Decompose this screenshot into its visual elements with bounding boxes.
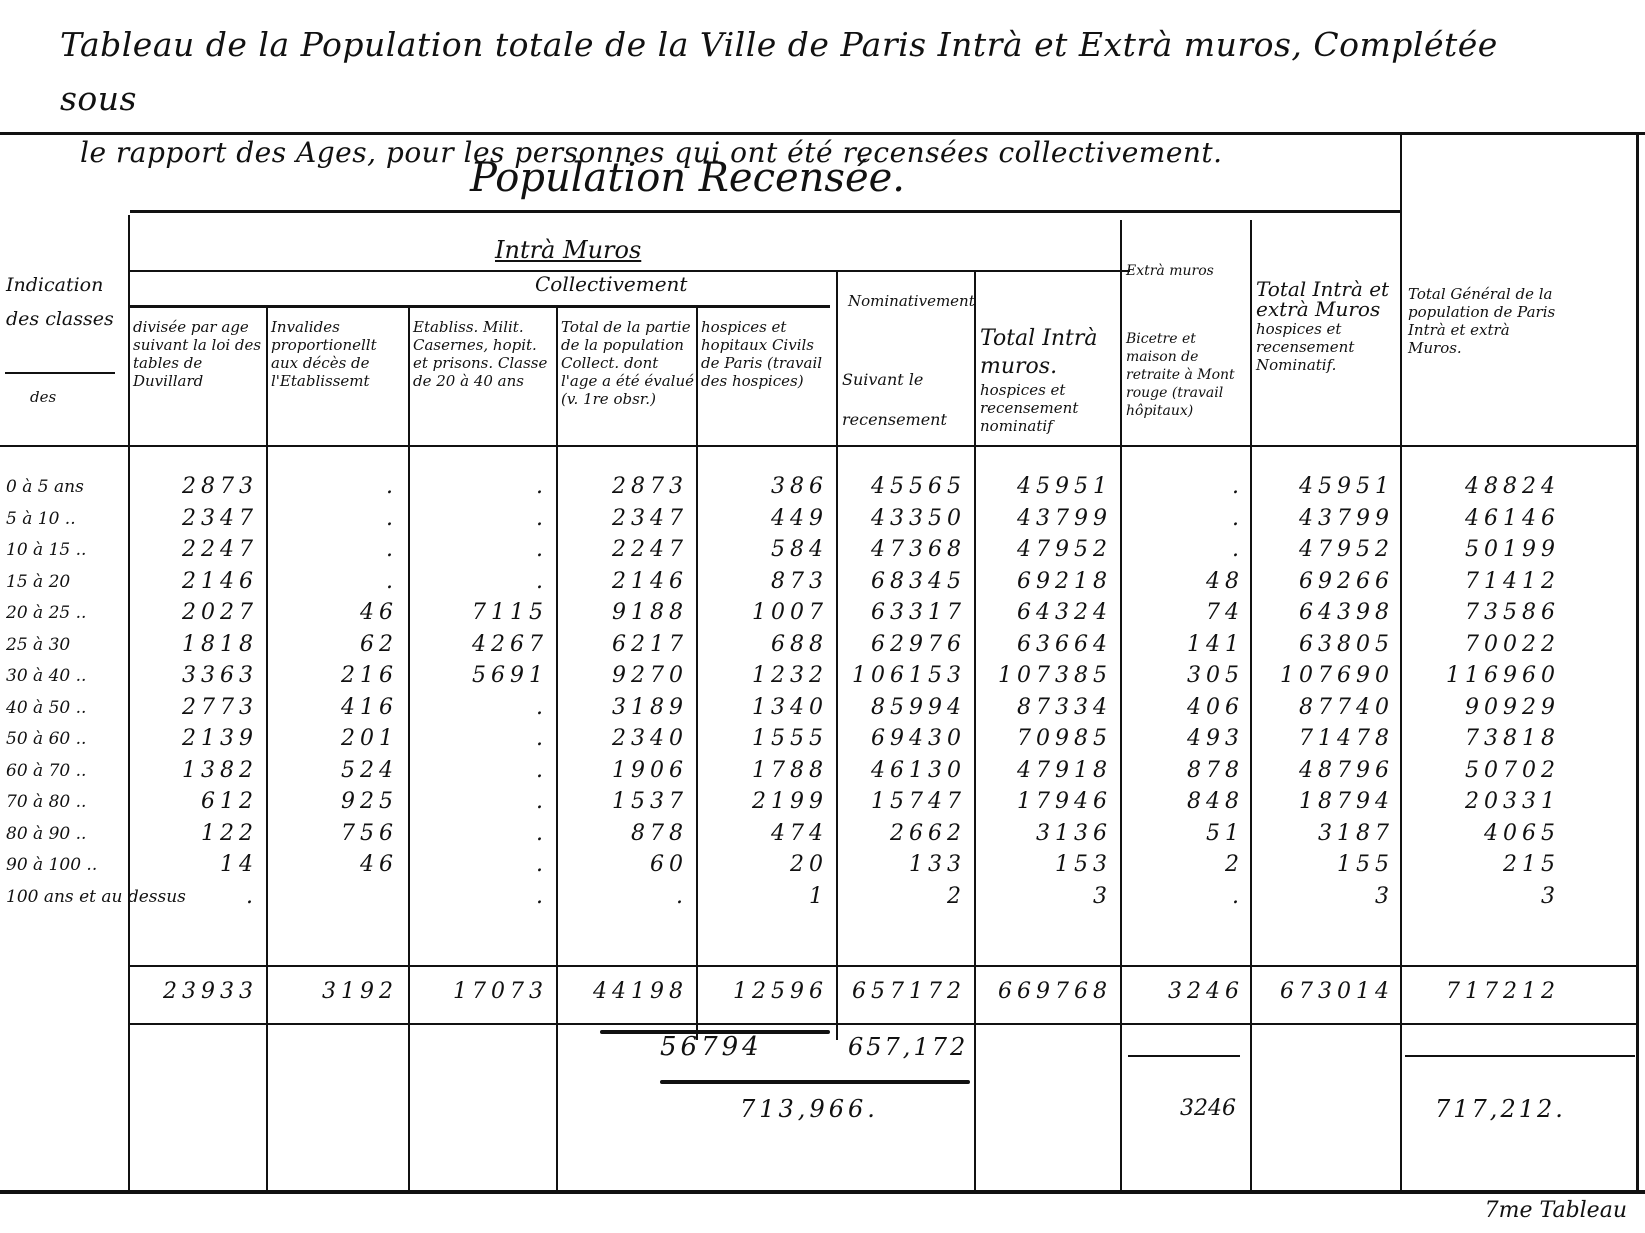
table-cell-invalides: . (248, 470, 398, 504)
table-cell-nominatif: 62976 (816, 628, 966, 662)
table-cell-total_general: 70022 (1410, 628, 1560, 662)
table-cell-total_intra: 64324 (962, 596, 1112, 630)
table-cell-hospices: 386 (678, 470, 828, 504)
table-cell-total_collectif: 60 (538, 848, 688, 882)
table-cell-total_intra_extra: 47952 (1244, 533, 1394, 567)
table-cell-davillard: 2247 (108, 533, 258, 567)
table-cell-nominatif: 85994 (816, 691, 966, 725)
table-cell-nominatif: 69430 (816, 722, 966, 756)
table-cell-total_intra: 70985 (962, 722, 1112, 756)
table-cell-militaires: . (398, 565, 548, 599)
table-cell-total_general: 50702 (1410, 754, 1560, 788)
rule-under-collectif (130, 305, 830, 308)
table-cell-hospices: 1232 (678, 659, 828, 693)
table-cell-total_general: 46146 (1410, 502, 1560, 536)
table-cell-davillard: 3363 (108, 659, 258, 693)
table-cell-invalides: 524 (248, 754, 398, 788)
header-total-collectif: Total de la partie de la population Coll… (561, 318, 694, 408)
footer-tableau-number: 7me Tableau (1485, 1198, 1627, 1223)
table-cell-militaires: . (398, 817, 548, 851)
age-class-label: 40 à 50 .. (6, 691, 86, 725)
brace-intra-total (660, 1080, 970, 1084)
table-cell-hospices: 1340 (678, 691, 828, 725)
rule-under-section (130, 210, 1400, 213)
table-cell-hospices: 2199 (678, 785, 828, 819)
table-cell-total_collectif: 1906 (538, 754, 688, 788)
table-cell-total_collectif: 6217 (538, 628, 688, 662)
table-cell-total_collectif: 2146 (538, 565, 688, 599)
table-cell-nominatif: 46130 (816, 754, 966, 788)
table-cell-total_intra_extra: 155 (1244, 848, 1394, 882)
age-class-label: 80 à 90 .. (6, 817, 86, 851)
header-total-intra-extra-sub: hospices et recensement Nominatif. (1256, 320, 1354, 374)
table-cell-hospices: 1 (678, 880, 828, 914)
table-cell-total_intra_extra: 71478 (1244, 722, 1394, 756)
table-cell-militaires: . (398, 754, 548, 788)
table-cell-total_general: 71412 (1410, 565, 1560, 599)
table-cell-bicetre: 48 (1094, 565, 1244, 599)
table-cell-davillard: 2873 (108, 470, 258, 504)
header-bicetre: Bicetre et maison de retraite à Mont rou… (1126, 330, 1248, 420)
table-cell-total_collectif: 9270 (538, 659, 688, 693)
age-class-label: 25 à 30 (6, 628, 70, 662)
table-cell-militaires: 5691 (398, 659, 548, 693)
table-cell-total_intra_extra: 69266 (1244, 565, 1394, 599)
title-line-1: Tableau de la Population totale de la Vi… (60, 25, 1498, 118)
section-title: Population Recensée. (470, 155, 905, 201)
table-cell-total_general: 48824 (1410, 470, 1560, 504)
table-cell-total_intra: 47918 (962, 754, 1112, 788)
table-cell-total_intra: 3 (962, 880, 1112, 914)
rule-totals-top (130, 965, 1638, 967)
group-extra-muros: Extrà muros (1126, 262, 1214, 280)
table-cell-total_collectif: 2247 (538, 533, 688, 567)
table-cell-nominatif: 106153 (816, 659, 966, 693)
age-class-label: 10 à 15 .. (6, 533, 86, 567)
table-cell-invalides: 46 (248, 848, 398, 882)
header-total-intra-extra: Total Intrà et extrà Muros hospices et r… (1256, 280, 1396, 374)
header-total-intra-label: Total Intrà muros. (980, 326, 1098, 379)
table-cell-militaires: . (398, 691, 548, 725)
age-class-label: 60 à 70 .. (6, 754, 86, 788)
table-cell-davillard: . (108, 880, 258, 914)
table-cell-total_intra_extra: 87740 (1244, 691, 1394, 725)
header-total-intra-sub: hospices et recensement nominatif (980, 381, 1078, 435)
table-cell-davillard: 122 (108, 817, 258, 851)
table-cell-militaires: . (398, 722, 548, 756)
table-cell-total_collectif: 1537 (538, 785, 688, 819)
table-cell-hospices: 20 (678, 848, 828, 882)
table-cell-total_intra_extra: 45951 (1244, 470, 1394, 504)
table-cell-nominatif: 2 (816, 880, 966, 914)
table-cell-davillard: 1818 (108, 628, 258, 662)
table-cell-invalides: 416 (248, 691, 398, 725)
table-cell-total_intra_extra: 3187 (1244, 817, 1394, 851)
table-cell-bicetre: 406 (1094, 691, 1244, 725)
table-cell-davillard: 612 (108, 785, 258, 819)
table-cell-bicetre: . (1094, 470, 1244, 504)
total-cell-invalides: 3192 (248, 975, 398, 1009)
table-cell-total_collectif: 3189 (538, 691, 688, 725)
table-cell-bicetre: 74 (1094, 596, 1244, 630)
subtotal-extra: 3246 (1180, 1100, 1236, 1118)
table-cell-hospices: 688 (678, 628, 828, 662)
frame-right-border (1636, 132, 1639, 1194)
table-cell-total_intra: 47952 (962, 533, 1112, 567)
header-militaires-label: Etabliss. Milit. (413, 318, 524, 336)
table-cell-total_general: 73586 (1410, 596, 1560, 630)
table-cell-nominatif: 2662 (816, 817, 966, 851)
header-total-intra: Total Intrà muros. hospices et recenseme… (980, 325, 1118, 435)
table-cell-total_collectif: 878 (538, 817, 688, 851)
header-hospices: hospices et hopitaux Civils de Paris (tr… (701, 318, 834, 390)
table-cell-total_general: 3 (1410, 880, 1560, 914)
rule-general-sub (1405, 1055, 1635, 1057)
table-cell-total_intra: 17946 (962, 785, 1112, 819)
table-cell-invalides: 216 (248, 659, 398, 693)
table-cell-militaires: 4267 (398, 628, 548, 662)
table-cell-total_intra: 87334 (962, 691, 1112, 725)
total-cell-bicetre: 3246 (1094, 975, 1244, 1009)
table-cell-hospices: 1007 (678, 596, 828, 630)
table-cell-bicetre: . (1094, 533, 1244, 567)
table-cell-militaires: 7115 (398, 596, 548, 630)
age-class-label: 5 à 10 .. (6, 502, 76, 536)
table-cell-nominatif: 68345 (816, 565, 966, 599)
table-cell-militaires: . (398, 470, 548, 504)
table-cell-bicetre: 51 (1094, 817, 1244, 851)
table-cell-total_general: 215 (1410, 848, 1560, 882)
total-cell-nominatif: 657172 (816, 975, 966, 1009)
table-cell-nominatif: 47368 (816, 533, 966, 567)
header-davillard: divisée par age suivant la loi des table… (133, 318, 263, 390)
rule-age-sub (5, 372, 115, 374)
table-cell-nominatif: 45565 (816, 470, 966, 504)
table-cell-invalides: 201 (248, 722, 398, 756)
table-cell-invalides: 62 (248, 628, 398, 662)
total-cell-total_collectif: 44198 (538, 975, 688, 1009)
table-cell-bicetre: 2 (1094, 848, 1244, 882)
group-nominativement: Nominativement (848, 292, 975, 310)
rule-header-bottom (0, 445, 1638, 447)
subtotal-general: 717,212. (1435, 1100, 1566, 1118)
table-cell-bicetre: 493 (1094, 722, 1244, 756)
table-cell-total_intra_extra: 43799 (1244, 502, 1394, 536)
table-cell-hospices: 1788 (678, 754, 828, 788)
table-cell-nominatif: 43350 (816, 502, 966, 536)
table-cell-bicetre: . (1094, 502, 1244, 536)
table-cell-bicetre: . (1094, 880, 1244, 914)
total-cell-total_intra: 669768 (962, 975, 1112, 1009)
group-collectivement: Collectivement (535, 275, 687, 293)
table-cell-militaires: . (398, 502, 548, 536)
table-cell-davillard: 2773 (108, 691, 258, 725)
header-nominatif: Suivant le recensement (842, 360, 972, 440)
table-cell-total_general: 116960 (1410, 659, 1560, 693)
table-cell-nominatif: 15747 (816, 785, 966, 819)
header-militaires: Etabliss. Milit. Casernes, hopit. et pri… (413, 318, 553, 390)
table-cell-bicetre: 305 (1094, 659, 1244, 693)
table-cell-militaires: . (398, 848, 548, 882)
table-cell-total_collectif: 2347 (538, 502, 688, 536)
table-cell-total_intra_extra: 107690 (1244, 659, 1394, 693)
rule-extra-sub (1128, 1055, 1240, 1057)
header-total-general: Total Général de la population de Paris … (1408, 285, 1558, 357)
subtotal-nominatif: 657,172 (848, 1038, 968, 1056)
table-cell-davillard: 2146 (108, 565, 258, 599)
age-class-label: 20 à 25 .. (6, 596, 86, 630)
table-cell-militaires: . (398, 533, 548, 567)
table-cell-hospices: 873 (678, 565, 828, 599)
table-cell-total_collectif: 2873 (538, 470, 688, 504)
table-cell-total_intra: 69218 (962, 565, 1112, 599)
col-divider-10 (1400, 135, 1402, 1190)
table-cell-bicetre: 878 (1094, 754, 1244, 788)
table-cell-total_collectif: . (538, 880, 688, 914)
age-column-sub: des (30, 388, 56, 406)
table-cell-hospices: 449 (678, 502, 828, 536)
table-cell-total_intra: 63664 (962, 628, 1112, 662)
total-cell-militaires: 17073 (398, 975, 548, 1009)
table-cell-total_intra_extra: 18794 (1244, 785, 1394, 819)
table-cell-hospices: 474 (678, 817, 828, 851)
table-cell-total_intra: 43799 (962, 502, 1112, 536)
table-cell-invalides: . (248, 565, 398, 599)
table-cell-total_intra: 153 (962, 848, 1112, 882)
table-cell-nominatif: 133 (816, 848, 966, 882)
table-cell-davillard: 2347 (108, 502, 258, 536)
table-cell-militaires: . (398, 880, 548, 914)
table-cell-militaires: . (398, 785, 548, 819)
table-cell-invalides: . (248, 502, 398, 536)
table-cell-davillard: 14 (108, 848, 258, 882)
table-cell-invalides: 756 (248, 817, 398, 851)
age-class-label: 90 à 100 .. (6, 848, 97, 882)
table-cell-total_general: 50199 (1410, 533, 1560, 567)
age-class-label: 0 à 5 ans (6, 470, 84, 504)
group-intra-muros: Intrà Muros (495, 236, 641, 264)
table-cell-total_general: 20331 (1410, 785, 1560, 819)
table-cell-total_intra_extra: 63805 (1244, 628, 1394, 662)
total-cell-hospices: 12596 (678, 975, 828, 1009)
rule-totals-bottom (130, 1023, 1638, 1025)
table-cell-total_intra_extra: 3 (1244, 880, 1394, 914)
table-cell-nominatif: 63317 (816, 596, 966, 630)
subtotal-intra: 713,966. (740, 1100, 879, 1118)
table-cell-total_general: 4065 (1410, 817, 1560, 851)
table-cell-bicetre: 141 (1094, 628, 1244, 662)
table-cell-total_intra: 107385 (962, 659, 1112, 693)
age-class-label: 15 à 20 (6, 565, 70, 599)
table-cell-bicetre: 848 (1094, 785, 1244, 819)
age-class-label: 30 à 40 .. (6, 659, 86, 693)
table-cell-davillard: 1382 (108, 754, 258, 788)
table-cell-hospices: 1555 (678, 722, 828, 756)
table-cell-total_collectif: 2340 (538, 722, 688, 756)
age-class-label: 50 à 60 .. (6, 722, 86, 756)
table-cell-total_intra_extra: 64398 (1244, 596, 1394, 630)
age-column-header: Indication des classes (6, 268, 124, 336)
table-cell-invalides: 925 (248, 785, 398, 819)
subtotal-collectif: 56794 (660, 1038, 763, 1056)
header-militaires-sub: Casernes, hopit. et prisons. Classe de 2… (413, 336, 547, 390)
table-cell-invalides: 46 (248, 596, 398, 630)
table-cell-davillard: 2139 (108, 722, 258, 756)
table-cell-total_general: 90929 (1410, 691, 1560, 725)
header-invalides: Invalides proportionellt aux décès de l'… (271, 318, 405, 390)
age-class-label: 70 à 80 .. (6, 785, 86, 819)
table-cell-davillard: 2027 (108, 596, 258, 630)
table-cell-invalides: . (248, 533, 398, 567)
table-cell-total_general: 73818 (1410, 722, 1560, 756)
header-total-intra-extra-label: Total Intrà et extrà Muros (1256, 277, 1389, 321)
total-cell-total_general: 717212 (1410, 975, 1560, 1009)
table-cell-hospices: 584 (678, 533, 828, 567)
table-cell-total_intra_extra: 48796 (1244, 754, 1394, 788)
total-cell-davillard: 23933 (108, 975, 258, 1009)
table-cell-total_collectif: 9188 (538, 596, 688, 630)
table-cell-total_intra: 3136 (962, 817, 1112, 851)
table-cell-total_intra: 45951 (962, 470, 1112, 504)
total-cell-total_intra_extra: 673014 (1244, 975, 1394, 1009)
